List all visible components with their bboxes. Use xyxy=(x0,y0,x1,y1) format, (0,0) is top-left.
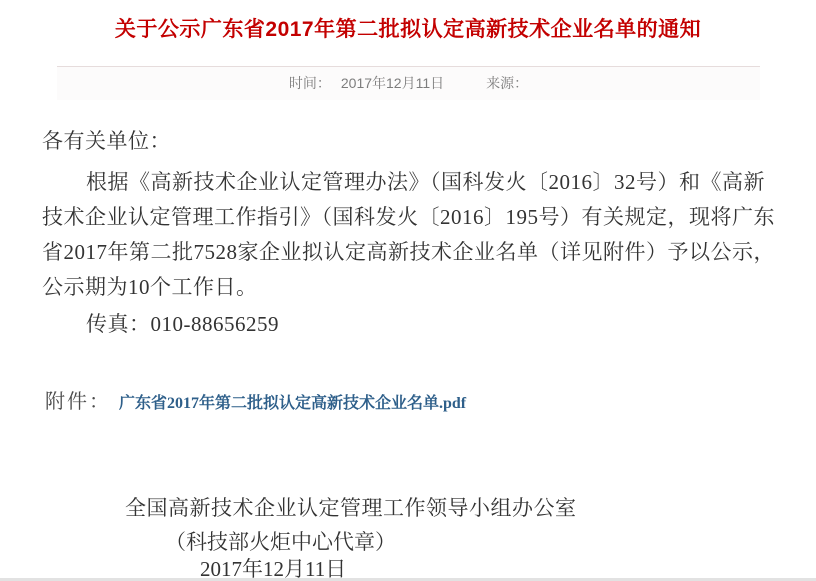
meta-time-value: 2017年12月11日 xyxy=(341,75,444,91)
footer-date: 2017年12月11日 xyxy=(200,553,346,581)
fax-line: 传真：010-88656259 xyxy=(42,307,776,342)
attachment-label: 附件： xyxy=(45,391,111,413)
paragraph-line: 公示期为10个工作日。 xyxy=(42,270,776,305)
meta-source-label: 来源： xyxy=(486,75,528,91)
attachment-row: 附件：广东省2017年第二批拟认定高新技术企业名单.pdf xyxy=(45,385,466,414)
meta-time-label: 时间： xyxy=(289,75,331,91)
attachment-pdf-link[interactable]: 广东省2017年第二批拟认定高新技术企业名单.pdf xyxy=(119,395,466,412)
meta-bar: 时间：2017年12月11日来源： xyxy=(57,66,760,100)
footer-seal-note: （科技部火炬中心代章） xyxy=(165,526,396,556)
paragraph-line: 根据《高新技术企业认定管理办法》（国科发火〔2016〕32号）和《高新 xyxy=(42,165,776,200)
salutation-line: 各有关单位： xyxy=(42,124,776,159)
paragraph-line: 省2017年第二批7528家企业拟认定高新技术企业名单（详见附件）予以公示， xyxy=(42,235,776,270)
paragraph-line: 技术企业认定管理工作指引》（国科发火〔2016〕195号）有关规定，现将广东 xyxy=(42,200,776,235)
footer-organization: 全国高新技术企业认定管理工作领导小组办公室 xyxy=(125,492,577,522)
notice-body: 各有关单位： 根据《高新技术企业认定管理办法》（国科发火〔2016〕32号）和《… xyxy=(42,124,776,342)
page-title: 关于公示广东省2017年第二批拟认定高新技术企业名单的通知 xyxy=(0,13,816,43)
notice-page: 关于公示广东省2017年第二批拟认定高新技术企业名单的通知 时间：2017年12… xyxy=(0,0,816,581)
